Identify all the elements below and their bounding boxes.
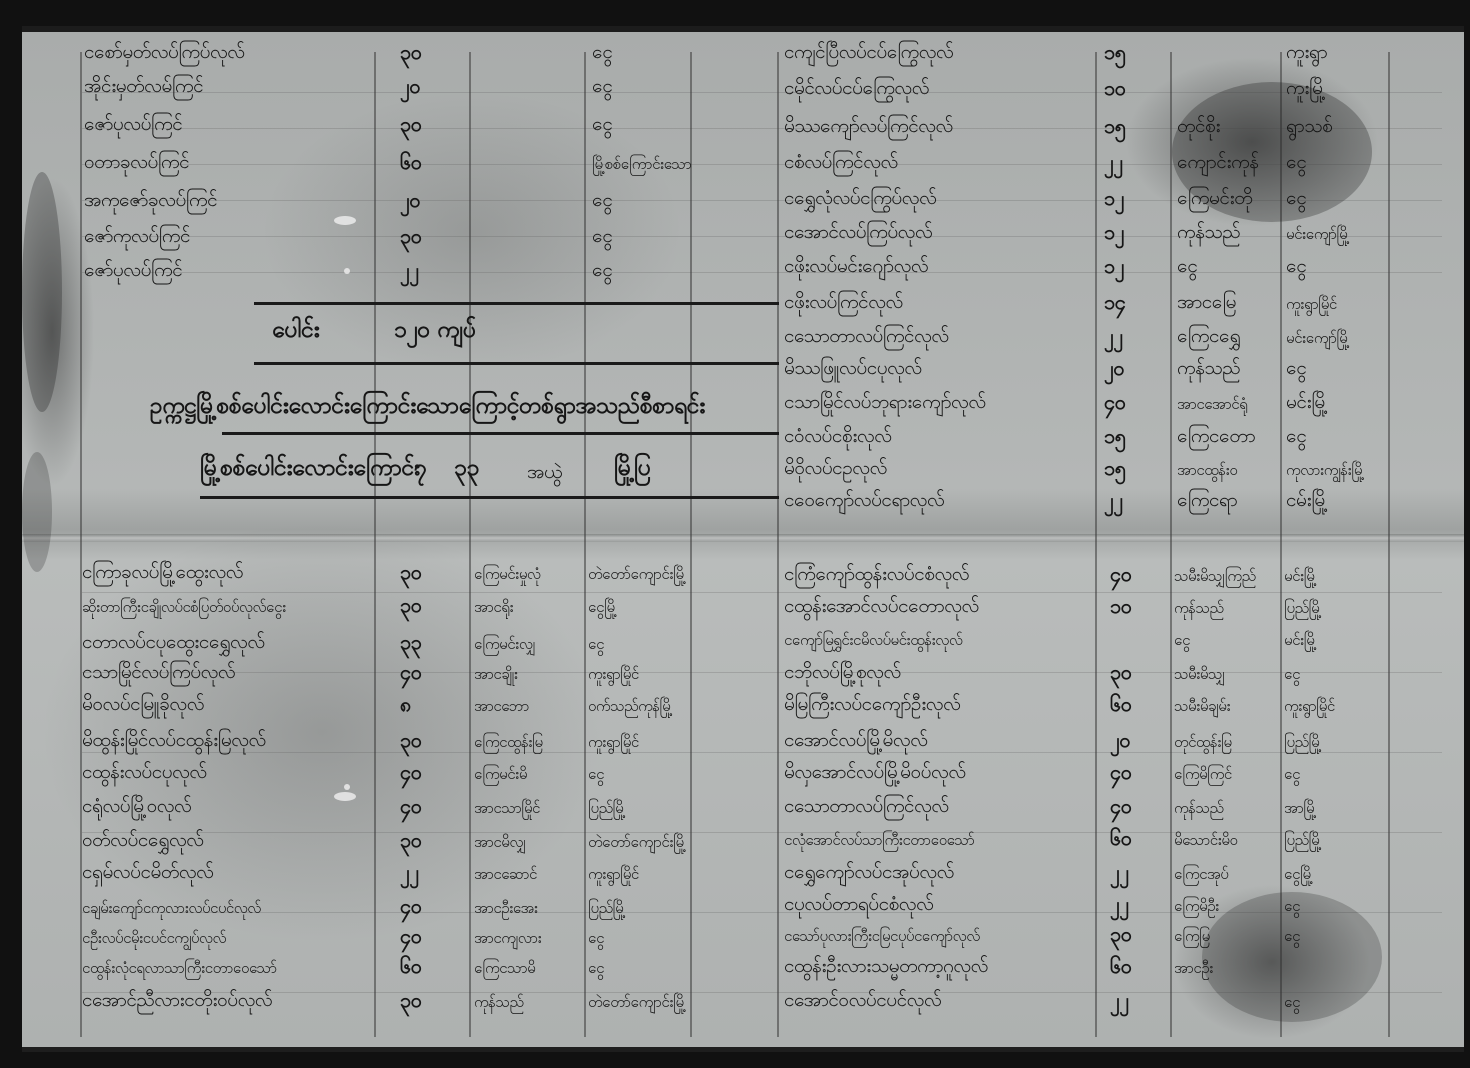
entry-col3: ကြေမိကြင် (1174, 762, 1232, 786)
ruled-line (82, 592, 1442, 593)
entry-number: ၁၅ (1104, 114, 1126, 138)
edge-stain (22, 452, 52, 572)
entry-col4: ကူးရွာ (1286, 40, 1327, 64)
entry-number: ၂၂ (1110, 892, 1129, 916)
entry-name: ဝတ်လပ်ငရွှေလုလ် (82, 828, 204, 852)
entry-number: ၄၀ (1110, 760, 1132, 784)
entry-col3: အာငသာမြိုင် (474, 796, 540, 820)
entry-name: ငထွန်းလုံငရလာသာကြီးငတာဝေသော် (82, 956, 277, 980)
entry-col3: ကုန်သည် (474, 990, 523, 1014)
summary-line2-end: မြို့ပြ (614, 456, 651, 480)
entry-col3: အာငမိလျှ (474, 830, 526, 854)
entry-number: ၂၂ (400, 860, 419, 884)
entry-number: ၃၃ (400, 630, 422, 654)
entry-name: ဇော်ပုလပ်ကြင် (84, 258, 182, 282)
ruled-line (82, 272, 1442, 273)
entry-name: ငပုလပ်တာရပ်ငစံလုလ် (784, 892, 933, 916)
entry-number: ၃၀ (400, 828, 422, 852)
entry-number: ၂၂ (1110, 860, 1129, 884)
entry-col3: အာငမြေ (1177, 290, 1236, 314)
entry-number: ၂၂ (1104, 150, 1123, 174)
column-rule (1095, 52, 1097, 1037)
entry-number: ၃၀ (400, 988, 422, 1012)
entry-col4: အာမြို့ (1284, 796, 1316, 820)
entry-number: ၆၀ (1110, 692, 1132, 716)
entry-name: မိဝလပ်ငမြူခိုလုလ် (82, 692, 204, 716)
summary-sentence: ဥက္ကဋ္ဌမြို့စစ်ပေါင်းလောင်းကြောင်းသောကြေ… (150, 394, 705, 418)
entry-col3: အာငဦးအေး (474, 896, 538, 920)
entry-col3: ကြေငထွန်းမြ (474, 730, 543, 754)
entry-number: ၂၀ (400, 188, 420, 212)
entry-col3: အာငချိုး (474, 662, 518, 686)
entry-col4: ကူးရွာမြိုင် (588, 862, 639, 886)
entry-note: ငွေ (592, 224, 612, 248)
entry-name: ငဖိုးလပ်ကြင်လုလ် (784, 290, 903, 314)
summary-rule (222, 432, 779, 435)
entry-number: ၆၀ (400, 954, 422, 978)
entry-col3: ကုန်သည် (1177, 356, 1240, 380)
entry-name: ငဘိုလပ်မြို့စုလုလ် (784, 660, 901, 684)
entry-col4: ကူးရွာမြိုင် (1284, 694, 1335, 718)
fold-crease (22, 534, 1464, 542)
entry-col4: ပြည်မြို့ (1284, 828, 1321, 852)
entry-number: ၃၀ (400, 593, 422, 617)
entry-name: ငဖိုးလပ်မင်းဂျော်လုလ် (784, 254, 928, 278)
entry-col4: ငွေ (1284, 762, 1300, 786)
entry-col4: ငွေ (588, 956, 604, 980)
entry-name: မိဿဖြူလပ်ငပုလုလ် (784, 356, 922, 380)
entry-col4: ပြည်မြို့ (1284, 730, 1321, 754)
entry-col3: အာငအောင်ရုံ (1177, 392, 1247, 416)
entry-number: ၃၀ (400, 224, 422, 248)
entry-number: ၆၀ (400, 150, 422, 174)
column-rule (1170, 52, 1172, 1037)
entry-number: ၂၂ (1110, 988, 1129, 1012)
entry-name: ငဝေကျော်လပ်ငရာလုလ် (784, 488, 944, 512)
entry-number: ၁၀ (1104, 76, 1126, 100)
entry-number: ၆၀ (1110, 826, 1132, 850)
entry-col4: ကုလားကျွန်းမြို့ (1286, 458, 1364, 482)
entry-name: မိဿကျော်လပ်ကြင်လုလ် (784, 114, 953, 138)
entry-number: ၂၂ (1104, 488, 1123, 512)
entry-name: ငရွှေလုံလပ်ငကြွပ်လုလ် (784, 186, 936, 210)
entry-name: မိလှအောင်လပ်မြို့မိဝပ်လုလ် (784, 760, 966, 784)
entry-number: ၁၂ (1104, 254, 1124, 278)
entry-col3: ကြေမင်းမှုလုံ (474, 562, 540, 586)
entry-col3: ကုန်သည် (1174, 596, 1223, 620)
entry-name: ငဦးလပ်ငမိုးငပင်ငကျွပ်လုလ် (82, 926, 226, 950)
entry-col4: ငွေ (1286, 356, 1306, 380)
entry-number: ၂၀ (1104, 356, 1124, 380)
entry-number: ၄၀ (1104, 390, 1126, 414)
entry-col4: ပြည်မြို့ (588, 796, 625, 820)
entry-number: ၄၀ (1110, 562, 1132, 586)
manuscript-sheet: ငစော်မှတ်လပ်ကြပ်လုလ် ၃၀ ငွေ အိုင်းမှတ်လမ… (22, 26, 1464, 1052)
entry-col3: ကြေမင်းမိ (474, 762, 527, 786)
column-rule (690, 52, 692, 1037)
entry-name: ငလုံအောင်လပ်သာကြီးငတာဝေသော် (784, 828, 974, 852)
entry-col4: ငမ်းမြို့ (1286, 488, 1328, 512)
entry-col3: အာငဆောင် (474, 862, 537, 886)
entry-number: ၃၀ (400, 728, 422, 752)
entry-name: ငအောင်လပ်မြို့မိလုလ် (784, 728, 928, 752)
entry-col3: ကြေငရာ (1177, 488, 1237, 512)
entry-col4: မင်းမြို့ (1286, 390, 1328, 414)
entry-name: ငသာမြိုင်လပ်ကြပ်လုလ် (82, 660, 235, 684)
entry-col3: အာငကျလား (474, 926, 541, 950)
entry-name: ငစော်မှတ်လပ်ကြပ်လုလ် (84, 40, 245, 64)
entry-name: ငအောင်ဝလပ်ငပင်လုလ် (784, 988, 941, 1012)
entry-col4: မင်းကျော်မြို့ (1286, 222, 1349, 246)
entry-col4: တဲတော်ကျောင်းမြို့ (588, 830, 686, 854)
entry-col4: တဲတော်ကျောင်းမြို့ (588, 562, 686, 586)
entry-name: မိဝိုလပ်ငဥလုလ် (784, 456, 887, 480)
entry-number: ၁၀ (1110, 594, 1132, 618)
entry-name: ငအောင်ညီလားငတိုးဝပ်လုလ် (82, 988, 272, 1012)
entry-note: ငွေ (592, 112, 612, 136)
entry-note: ငွေ (592, 40, 612, 64)
entry-name: ငရှမ်လပ်ငမိတ်လုလ် (82, 860, 213, 884)
entry-note: ငွေ (592, 74, 612, 98)
entry-number: ၃၀ (400, 40, 422, 64)
entry-col4: ငွေ (588, 632, 604, 656)
entry-name: ဝတာခုလပ်ကြင် (84, 150, 189, 174)
entry-col3: ကြေမင်းလျှ (474, 632, 535, 656)
summary-rule (254, 302, 779, 305)
entry-number: ၃၀ (400, 112, 422, 136)
entry-col3: ကုန်သည် (1174, 796, 1223, 820)
entry-name: ဇော်ကုလပ်ကြင် (84, 224, 190, 248)
entry-col4: ပြည်မြို့ (588, 896, 625, 920)
entry-col3: သမီးမိသျှ (1174, 662, 1225, 686)
entry-col3: ကြေငအုပ် (1174, 862, 1228, 886)
entry-name: ဇော်ပုလပ်ကြင် (84, 112, 182, 136)
entry-col3: မိသောင်းမိဝ (1174, 828, 1237, 852)
entry-number: ၁၂ (1104, 220, 1124, 244)
paper-speck (334, 792, 356, 801)
entry-number: ၁၅ (1104, 424, 1126, 448)
entry-name: ငကြာခုလပ်မြို့ထွေးလုလ် (82, 560, 243, 584)
entry-col4: ငွေ (588, 926, 604, 950)
entry-name: ငစံလပ်ကြင်လုလ် (784, 150, 898, 174)
entry-name: ငသောတာလပ်ကြင်လုလ် (784, 794, 949, 818)
ink-stain (1202, 892, 1382, 1022)
entry-name: ငသောတာလပ်ကြင်လုလ် (784, 324, 949, 348)
entry-col3: သမီးမိသျှကြည် (1174, 564, 1256, 588)
entry-col4: တဲတော်ကျောင်းမြို့ (588, 990, 686, 1014)
entry-name: ငတာလပ်ငပုထွေးငရွှေလုလ် (82, 630, 265, 654)
entry-note: မြို့စစ်ကြောင်းသော (592, 152, 691, 176)
entry-name: အကုဇော်ခုလပ်ကြင် (84, 188, 217, 212)
entry-name: ငဝံလပ်ငစိုးလုလ် (784, 424, 892, 448)
entry-name: ငမိုင်လပ်ငပ်ကြွေလုလ် (784, 76, 929, 100)
entry-col4: ဝက်သည်ကုန်မြို့ (588, 694, 672, 718)
entry-number: ၁၅ (1104, 456, 1126, 480)
entry-col4: ငွေ (1286, 424, 1306, 448)
summary-line2-word: အယွဲ (527, 460, 562, 484)
entry-name: ငရုံလပ်မြို့ဝလုလ် (82, 794, 191, 818)
paper-speck (344, 784, 350, 790)
entry-col4: ငွေ (588, 762, 604, 786)
ruled-line (82, 752, 1442, 753)
entry-col4: ငွေမြို့ (1284, 862, 1313, 886)
entry-col4: ကူးရွာမြိုင် (1286, 292, 1337, 316)
column-rule (1388, 52, 1390, 1037)
entry-number: ၃၀ (1110, 922, 1132, 946)
summary-line2-num1: ၇ (414, 456, 426, 480)
entry-col4: ငွေမြို့ (588, 595, 617, 619)
entry-col4: ကူးရွာမြိုင် (588, 730, 639, 754)
column-rule (777, 52, 779, 1037)
total-value: ၁၂၀ ကျပ် (394, 318, 475, 342)
entry-col4: ငွေ (1284, 662, 1300, 686)
summary-rule (200, 496, 779, 499)
entry-col3: သမီးမိချမ်း (1174, 694, 1230, 718)
entry-name: ငကြံကျော်ထွန်းလပ်ငစံလုလ် (784, 562, 969, 586)
column-rule (374, 52, 376, 1037)
column-rule (80, 52, 82, 1037)
entry-col3: အာငရိုး (474, 595, 513, 619)
column-rule (584, 52, 586, 1037)
entry-col3: ကြေငသာမိ (474, 956, 535, 980)
entry-name: အိုင်းမှတ်လမ်ကြင် (84, 74, 203, 98)
entry-number: ၄၀ (400, 894, 422, 918)
entry-number: ၄၀ (400, 794, 422, 818)
entry-col4: မင်းမြို့ (1284, 564, 1317, 588)
entry-note: ငွေ (592, 188, 612, 212)
ruled-line (82, 672, 1442, 673)
column-rule (469, 52, 471, 1037)
entry-name: ငကျော်မြရွှင်းငမိလပ်မင်းထွန်းလုလ် (784, 628, 962, 652)
entry-col3: တုင်ထွန်းမြ (1174, 730, 1232, 754)
entry-col3: ငွေ (1177, 254, 1197, 278)
entry-name: ငထွန်းအောင်လပ်ငတောလုလ် (784, 594, 979, 618)
summary-line2-num2: ၃၃ (454, 456, 479, 480)
entry-col4: ငွေ (1286, 254, 1306, 278)
paper-speck (334, 216, 356, 225)
entry-name: ငအောင်လပ်ကြပ်လုလ် (784, 220, 932, 244)
total-label: ပေါင်း (272, 318, 319, 342)
entry-name: ငသော်ပုလားကြီးငမြငပုပ်ငကျော်လုလ် (784, 924, 980, 948)
entry-name: ငထွန်းလပ်ငပုလုလ် (82, 760, 207, 784)
entry-col3: ကြေမိဦး (1174, 894, 1219, 918)
ink-stain (1172, 82, 1372, 222)
entry-number: ၁၂ (1104, 186, 1124, 210)
entry-name: မိမြကြီးလပ်ငကျော်ဦးလုလ် (784, 692, 960, 716)
entry-name: ငချမ်းကျော်ငကုလားလပ်ငပင်လုလ် (82, 896, 261, 920)
entry-col4: မင်းမြို့ (1284, 628, 1317, 652)
entry-number: ၈ (400, 692, 411, 716)
entry-col4: ကူးရွာမြိုင် (588, 662, 639, 686)
entry-number: ၄၀ (400, 660, 422, 684)
entry-name: ငရွှေကျော်လပ်ငအုပ်လုလ် (784, 860, 954, 884)
entry-number: ၁၅ (1104, 40, 1126, 64)
entry-col3: ကြေငတော (1177, 424, 1255, 448)
entry-number: ၂၀ (400, 74, 420, 98)
entry-name: ငကျင်ပြီလပ်ငပ်ကြွေလုလ် (784, 40, 953, 64)
summary-line2-label: မြို့စစ်ပေါင်းလောင်းကြောင်း (200, 456, 420, 480)
entry-number: ၁၄ (1104, 290, 1126, 314)
entry-name: မိထွန်းမြိုင်လပ်ငထွန်းမြလုလ် (82, 728, 266, 752)
entry-number: ၄၀ (1110, 794, 1132, 818)
entry-note: ငွေ (592, 258, 612, 282)
entry-col3: ကုန်သည် (1177, 220, 1240, 244)
entry-number: ၂၂ (400, 258, 419, 282)
entry-number: ၄၀ (400, 760, 422, 784)
paper-speck (344, 268, 350, 274)
entry-number: ၃၀ (400, 560, 422, 584)
entry-number: ၂၀ (1110, 728, 1130, 752)
entry-col4: မင်းကျော်မြို့ (1286, 326, 1349, 350)
entry-name: ငသာမြိုင်လပ်ဘုရားကျော်လုလ် (784, 390, 986, 414)
entry-col3: ငွေ (1174, 628, 1190, 652)
ruled-line (82, 832, 1442, 833)
entry-name: ငထွန်းဦးလားသမ္မတကာ့ဂူလုလ် (784, 954, 988, 978)
entry-col3: အာငဘော (474, 694, 529, 718)
entry-col3: ကြေငရွှေ (1177, 324, 1240, 348)
entry-col3: အာငထွန်းဝ (1177, 458, 1237, 482)
edge-stain (22, 172, 62, 412)
entry-number: ၂၂ (1104, 324, 1123, 348)
entry-number: ၆၀ (1110, 954, 1132, 978)
entry-name: ဆိုးတာကြီးငချိုလပ်ငစံပြတ်ဝပ်လုလ်ငွေး (82, 595, 286, 619)
entry-col4: ပြည်မြို့ (1284, 596, 1321, 620)
entry-number: ၄၀ (400, 924, 422, 948)
entry-number: ၃၀ (1110, 660, 1132, 684)
summary-rule (254, 362, 779, 365)
